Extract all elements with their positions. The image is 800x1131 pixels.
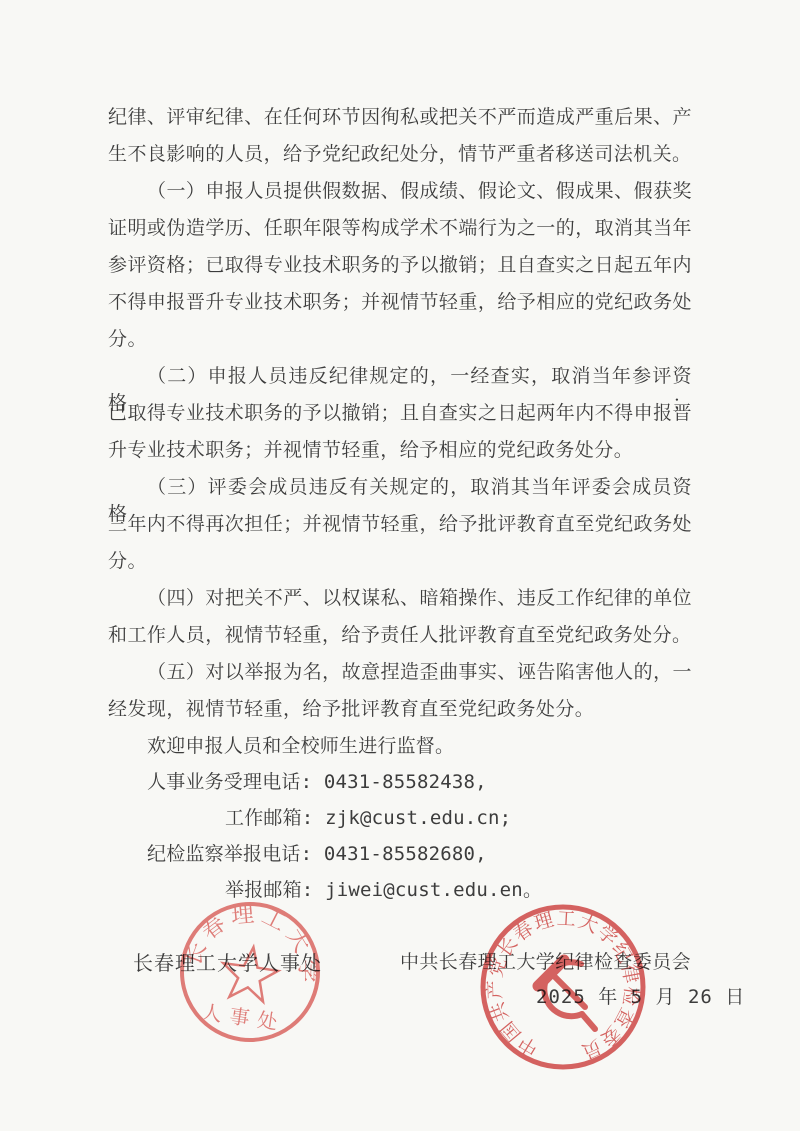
document-page: 纪律、评审纪律、在任何环节因徇私或把关不严而造成严重后果、产生不良影响的人员，给… (0, 0, 800, 1131)
hammer-and-sickle-icon (538, 960, 595, 1029)
star-icon (219, 943, 281, 1003)
body-line: （四）对把关不严、以权谋私、暗箱操作、违反工作纪律的单位 (108, 585, 692, 612)
body-line: 证明或伪造学历、任职年限等构成学术不端行为之一的，取消其当年 (108, 215, 692, 242)
body-line: 三年内不得再次担任；并视情节轻重，给予批评教育直至党纪政务处 (108, 511, 692, 538)
body-line: 不得申报晋升专业技术职务；并视情节轻重，给予相应的党纪政务处 (108, 289, 692, 316)
body-line: （五）对以举报为名，故意捏造歪曲事实、诬告陷害他人的，一 (108, 659, 692, 686)
body-line: 纪律、评审纪律、在任何环节因徇私或把关不严而造成严重后果、产 (108, 104, 692, 131)
contact-line: 欢迎申报人员和全校师生进行监督。 (108, 733, 692, 760)
body-line: 参评资格；已取得专业技术职务的予以撤销；且自查实之日起五年内 (108, 252, 692, 279)
body-line: 经发现，视情节轻重，给予批评教育直至党纪政务处分。 (108, 696, 692, 723)
body-line: 生不良影响的人员，给予党纪政纪处分，情节严重者移送司法机关。 (108, 141, 692, 168)
body-line: （一）申报人员提供假数据、假成绩、假论文、假成果、假获奖 (108, 178, 692, 205)
body-line: 分。 (108, 326, 692, 353)
contact-line: 人事业务受理电话: 0431-85582438, (108, 769, 692, 796)
contact-line: 纪检监察举报电话: 0431-85582680, (108, 841, 692, 868)
official-seal-personnel-office: 长春理工大学 人事处 (165, 887, 334, 1056)
official-seal-discipline-committee: 中国共产党长春理工大学纪律检查委员会 (478, 902, 648, 1072)
body-line: 已取得专业技术职务的予以撤销；且自查实之日起两年内不得申报晋 (108, 400, 692, 427)
seal-ring-text: 长春理工大学 (178, 891, 330, 990)
contact-line: 工作邮箱: zjk@cust.edu.cn; (108, 805, 692, 832)
body-line: 分。 (108, 548, 692, 575)
body-line: 和工作人员，视情节轻重，给予责任人批评教育直至党纪政务处分。 (108, 622, 692, 649)
body-line: 升专业技术职务；并视情节轻重，给予相应的党纪政务处分。 (108, 437, 692, 464)
